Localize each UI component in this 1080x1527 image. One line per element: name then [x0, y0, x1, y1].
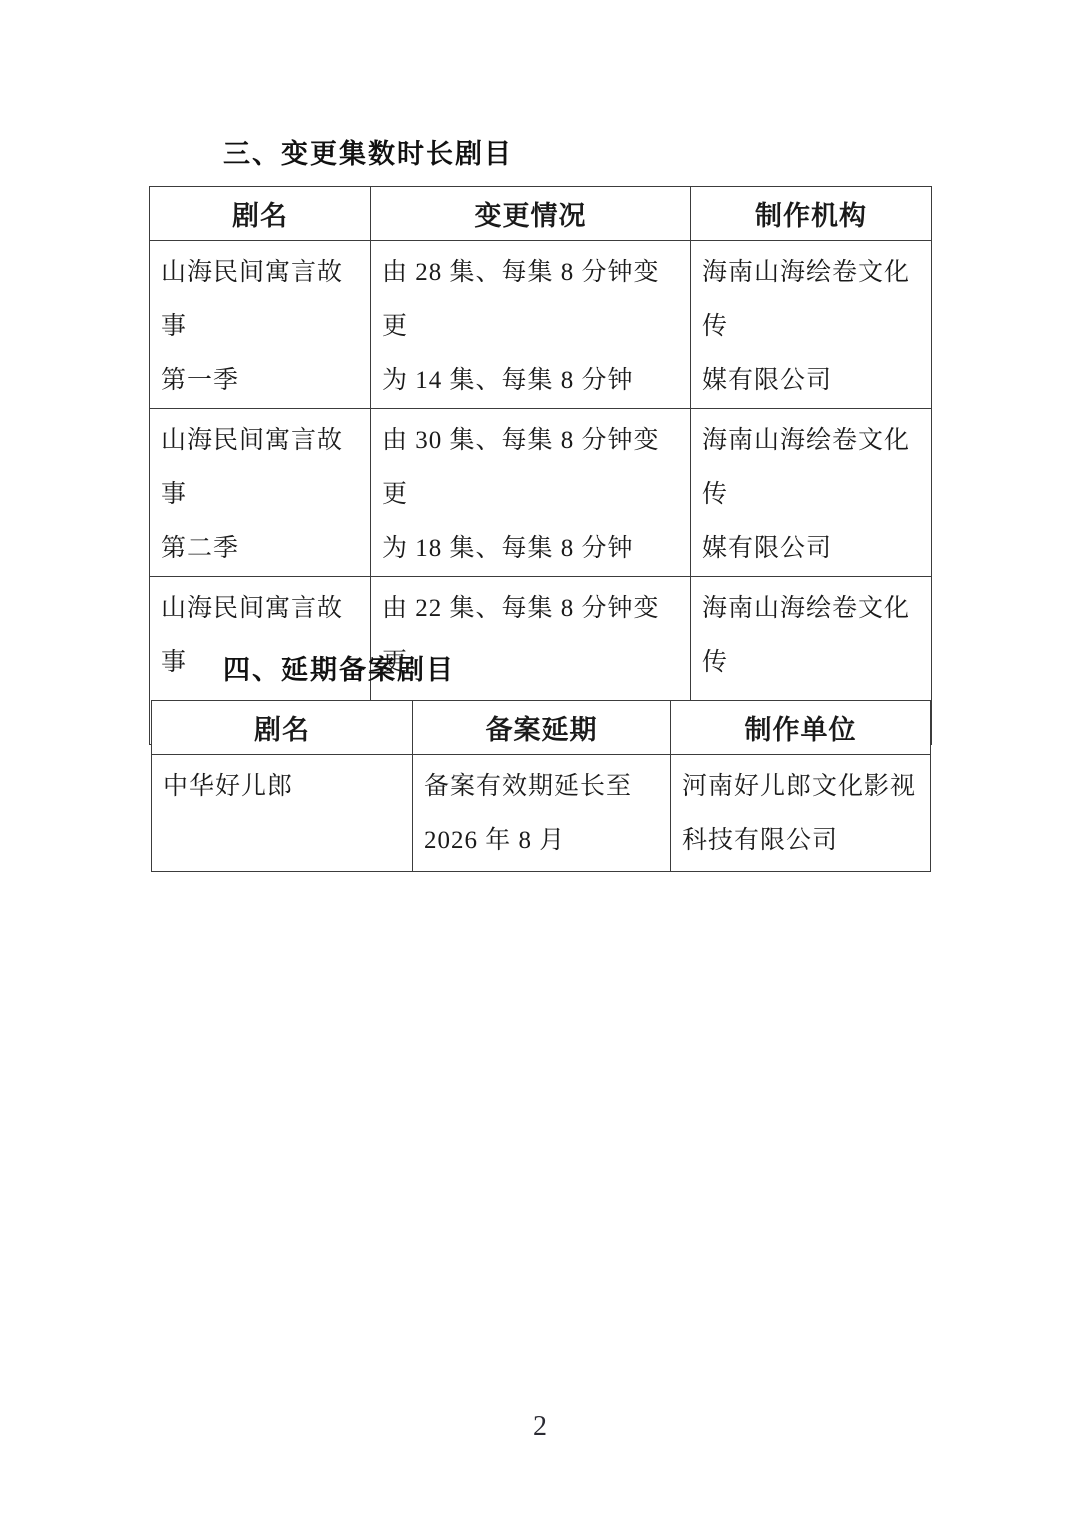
header-cell-producer: 制作机构 — [691, 187, 932, 241]
cell-producer: 海南山海绘卷文化传 媒有限公司 — [691, 409, 932, 577]
document-page: 三、变更集数时长剧目 剧名 变更情况 制作机构 山海民间寓言故事 第一季 由 2… — [0, 0, 1080, 1527]
cell-program-title: 中华好儿郎 — [152, 755, 413, 872]
table-row: 山海民间寓言故事 第二季 由 30 集、每集 8 分钟变更 为 18 集、每集 … — [150, 409, 932, 577]
table-row: 山海民间寓言故事 第一季 由 28 集、每集 8 分钟变更 为 14 集、每集 … — [150, 241, 932, 409]
header-cell-title: 剧名 — [152, 701, 413, 755]
header-cell-title: 剧名 — [150, 187, 371, 241]
table-header-row: 剧名 变更情况 制作机构 — [150, 187, 932, 241]
cell-producer: 河南好儿郎文化影视 科技有限公司 — [671, 755, 931, 872]
cell-producer: 海南山海绘卷文化传 媒有限公司 — [691, 241, 932, 409]
cell-change-detail: 由 30 集、每集 8 分钟变更 为 18 集、每集 8 分钟 — [371, 409, 691, 577]
header-cell-extension: 备案延期 — [413, 701, 671, 755]
table-header-row: 剧名 备案延期 制作单位 — [152, 701, 931, 755]
table-row: 中华好儿郎 备案有效期延长至 2026 年 8 月 河南好儿郎文化影视 科技有限… — [152, 755, 931, 872]
cell-program-title: 山海民间寓言故事 第二季 — [150, 409, 371, 577]
cell-program-title: 山海民间寓言故事 第一季 — [150, 241, 371, 409]
section-title-change-programs: 三、变更集数时长剧目 — [223, 139, 513, 169]
section-title-extension-programs: 四、延期备案剧目 — [223, 655, 455, 685]
extension-programs-table: 剧名 备案延期 制作单位 中华好儿郎 备案有效期延长至 2026 年 8 月 河… — [151, 700, 931, 872]
header-cell-producer: 制作单位 — [671, 701, 931, 755]
page-number: 2 — [0, 1411, 1080, 1443]
header-cell-change-detail: 变更情况 — [371, 187, 691, 241]
cell-change-detail: 由 28 集、每集 8 分钟变更 为 14 集、每集 8 分钟 — [371, 241, 691, 409]
cell-extension-detail: 备案有效期延长至 2026 年 8 月 — [413, 755, 671, 872]
